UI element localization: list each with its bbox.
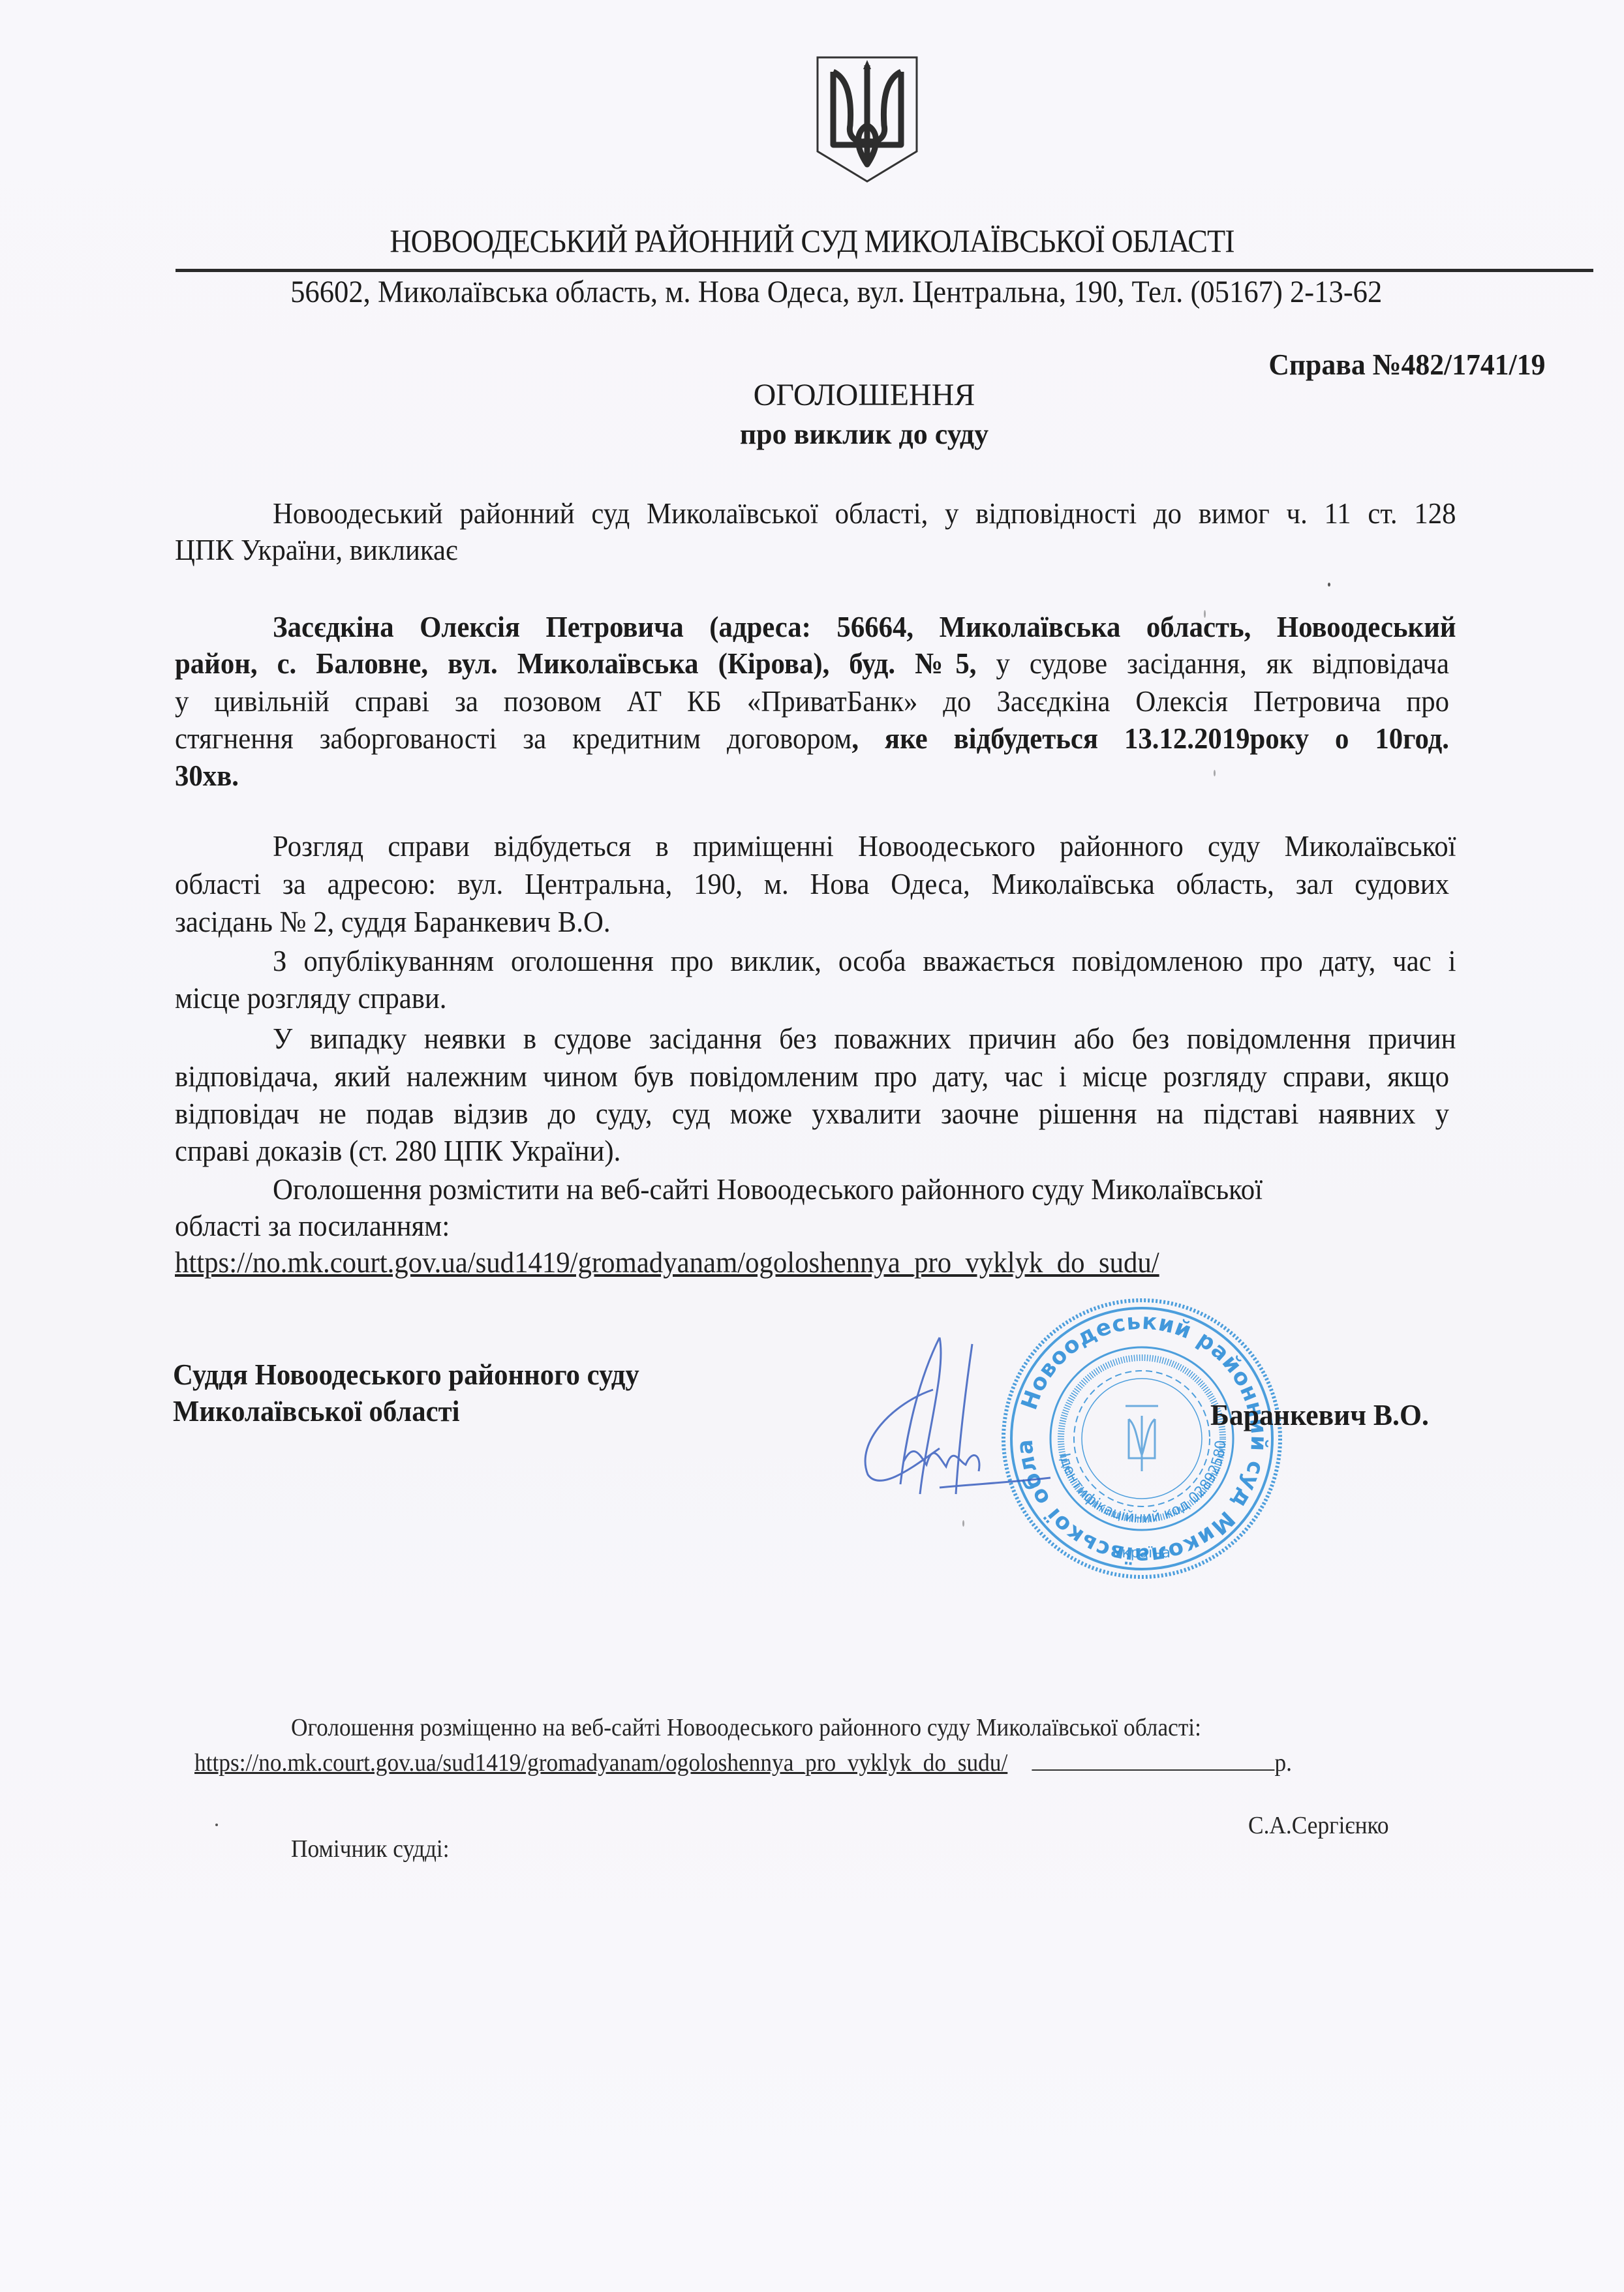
summons-line: 30хв. (175, 758, 1449, 793)
absence-line: У випадку неявки в судове засідання без … (273, 1021, 1456, 1056)
scan-speck (1328, 583, 1330, 587)
document-page: НОВООДЕСЬКИЙ РАЙОННИЙ СУД МИКОЛАЇВСЬКОЇ … (0, 0, 1624, 2292)
announcement-subtitle: про виклик до суду (0, 418, 1624, 451)
absence-line: відповідач не подав відзив до суду, суд … (175, 1096, 1449, 1131)
court-name-heading: НОВООДЕСЬКИЙ РАЙОННИЙ СУД МИКОЛАЇВСЬКОЇ … (65, 222, 1559, 260)
footer-link-row: https://no.mk.court.gov.ua/sud1419/groma… (194, 1749, 1292, 1777)
intro-line: ЦПК України, викликає (175, 532, 1449, 567)
summons-line: у цивільній справі за позовом АТ КБ «При… (175, 684, 1449, 718)
absence-line: справі доказів (ст. 280 ЦПК України). (175, 1133, 1449, 1168)
venue-line: Розгляд справи відбудеться в приміщенні … (273, 829, 1456, 863)
date-blank-field (1032, 1750, 1274, 1771)
footer-posted-text: Оголошення розміщенно на веб-сайті Новоо… (291, 1713, 1201, 1742)
venue-line: області за адресою: вул. Центральна, 190… (175, 866, 1449, 901)
venue-line: засідань № 2, суддя Баранкевич В.О. (175, 904, 1449, 939)
judge-position-line: Миколаївської області (173, 1394, 459, 1428)
summons-line: Засєдкіна Олексія Петровича (адреса: 566… (273, 609, 1456, 644)
svg-text:Україна: Україна (1113, 1545, 1171, 1561)
scan-speck (215, 1824, 218, 1826)
notice-line: З опублікуванням оголошення про виклик, … (273, 943, 1456, 978)
trident-coat-of-arms-icon (811, 53, 923, 184)
absence-line: відповідача, який належним чином був пов… (175, 1059, 1449, 1093)
scan-speck (1204, 610, 1206, 618)
assistant-label: Помічник судді: (291, 1835, 450, 1863)
publish-line: Оголошення розмістити на веб-сайті Новоо… (273, 1172, 1365, 1206)
footer-link[interactable]: https://no.mk.court.gov.ua/sud1419/groma… (194, 1749, 1007, 1777)
court-address: 56602, Миколаївська область, м. Нова Оде… (57, 274, 1567, 310)
publish-line: області за посиланням: (175, 1208, 1449, 1243)
summons-line: стягнення заборгованості за кредитним до… (175, 721, 1449, 756)
scan-speck (1214, 770, 1216, 776)
notice-line: місце розгляду справи. (175, 981, 1449, 1015)
summons-line: район, с. Баловне, вул. Миколаївська (Кі… (175, 646, 1449, 680)
judge-name: Баранкевич В.О. (1210, 1398, 1429, 1432)
judge-position-line: Суддя Новоодеського районного суду (173, 1357, 639, 1392)
intro-line: Новоодеський районний суд Миколаївської … (273, 496, 1456, 530)
announcement-title: ОГОЛОШЕННЯ (0, 377, 1624, 413)
handwritten-signature-icon (842, 1331, 1057, 1501)
publish-link[interactable]: https://no.mk.court.gov.ua/sud1419/groma… (175, 1245, 1449, 1279)
date-suffix: р. (1274, 1749, 1292, 1777)
scan-speck (962, 1520, 964, 1527)
header-rule (176, 269, 1593, 272)
assistant-name: С.А.Сергієнко (1248, 1811, 1389, 1840)
